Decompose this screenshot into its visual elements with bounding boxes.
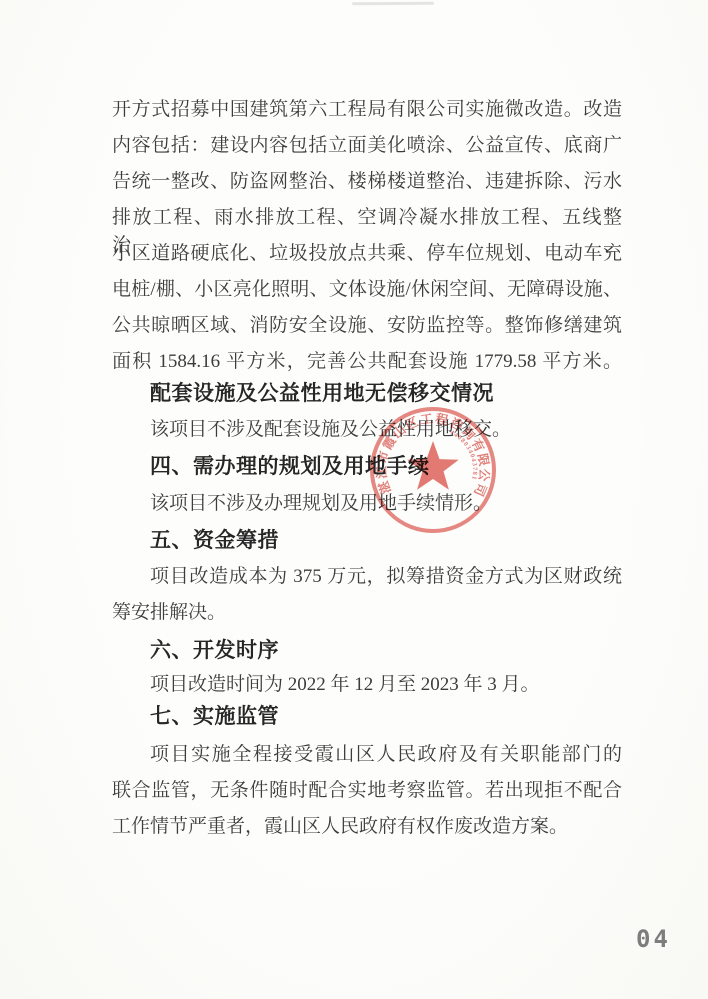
page-number: 04 [636,925,671,953]
para-transfer: 该项目不涉及配套设施及公益性用地移交。 [112,416,622,444]
para-section-6: 项目改造时间为 2022 年 12 月至 2023 年 3 月。 [112,671,622,699]
body-line: 面积 1584.16 平方米，完善公共配套设施 1779.58 平方米。 [112,348,622,376]
body-line: 开方式招募中国建筑第六工程局有限公司实施微改造。改造 [112,96,622,124]
heading-section-4: 四、需办理的规划及用地手续 [112,453,622,481]
scan-artifact [352,2,434,6]
para-section-7-line: 联合监管，无条件随时配合实地考察监管。若出现拒不配合 [112,777,622,805]
para-section-5-line: 筹安排解决。 [112,599,622,627]
heading-section-5: 五、资金筹措 [112,527,622,555]
heading-section-6: 六、开发时序 [112,637,622,665]
body-line: 公共晾晒区域、消防安全设施、安防监控等。整饰修缮建筑 [112,312,622,340]
para-section-7-line: 工作情节严重者，霞山区人民政府有权作废改造方案。 [112,813,622,841]
body-line: 告统一整改、防盗网整治、楼梯楼道整治、违建拆除、污水 [112,168,622,196]
heading-transfer: 配套设施及公益性用地无偿移交情况 [112,380,622,408]
scanned-document-page: 开方式招募中国建筑第六工程局有限公司实施微改造。改造 内容包括：建设内容包括立面… [0,0,708,999]
body-line: 电桩/棚、小区亮化照明、文体设施/休闲空间、无障碍设施、 [112,276,622,304]
para-section-7-line: 项目实施全程接受霞山区人民政府及有关职能部门的 [112,741,622,769]
body-line: 内容包括：建设内容包括立面美化喷涂、公益宣传、底商广 [112,132,622,160]
heading-section-7: 七、实施监管 [112,703,622,731]
para-section-4: 该项目不涉及办理规划及用地手续情形。 [112,490,622,518]
para-section-5-line: 项目改造成本为 375 万元，拟筹措资金方式为区财政统 [112,563,622,591]
body-line: 小区道路硬底化、垃圾投放点共乘、停车位规划、电动车充 [112,240,622,268]
